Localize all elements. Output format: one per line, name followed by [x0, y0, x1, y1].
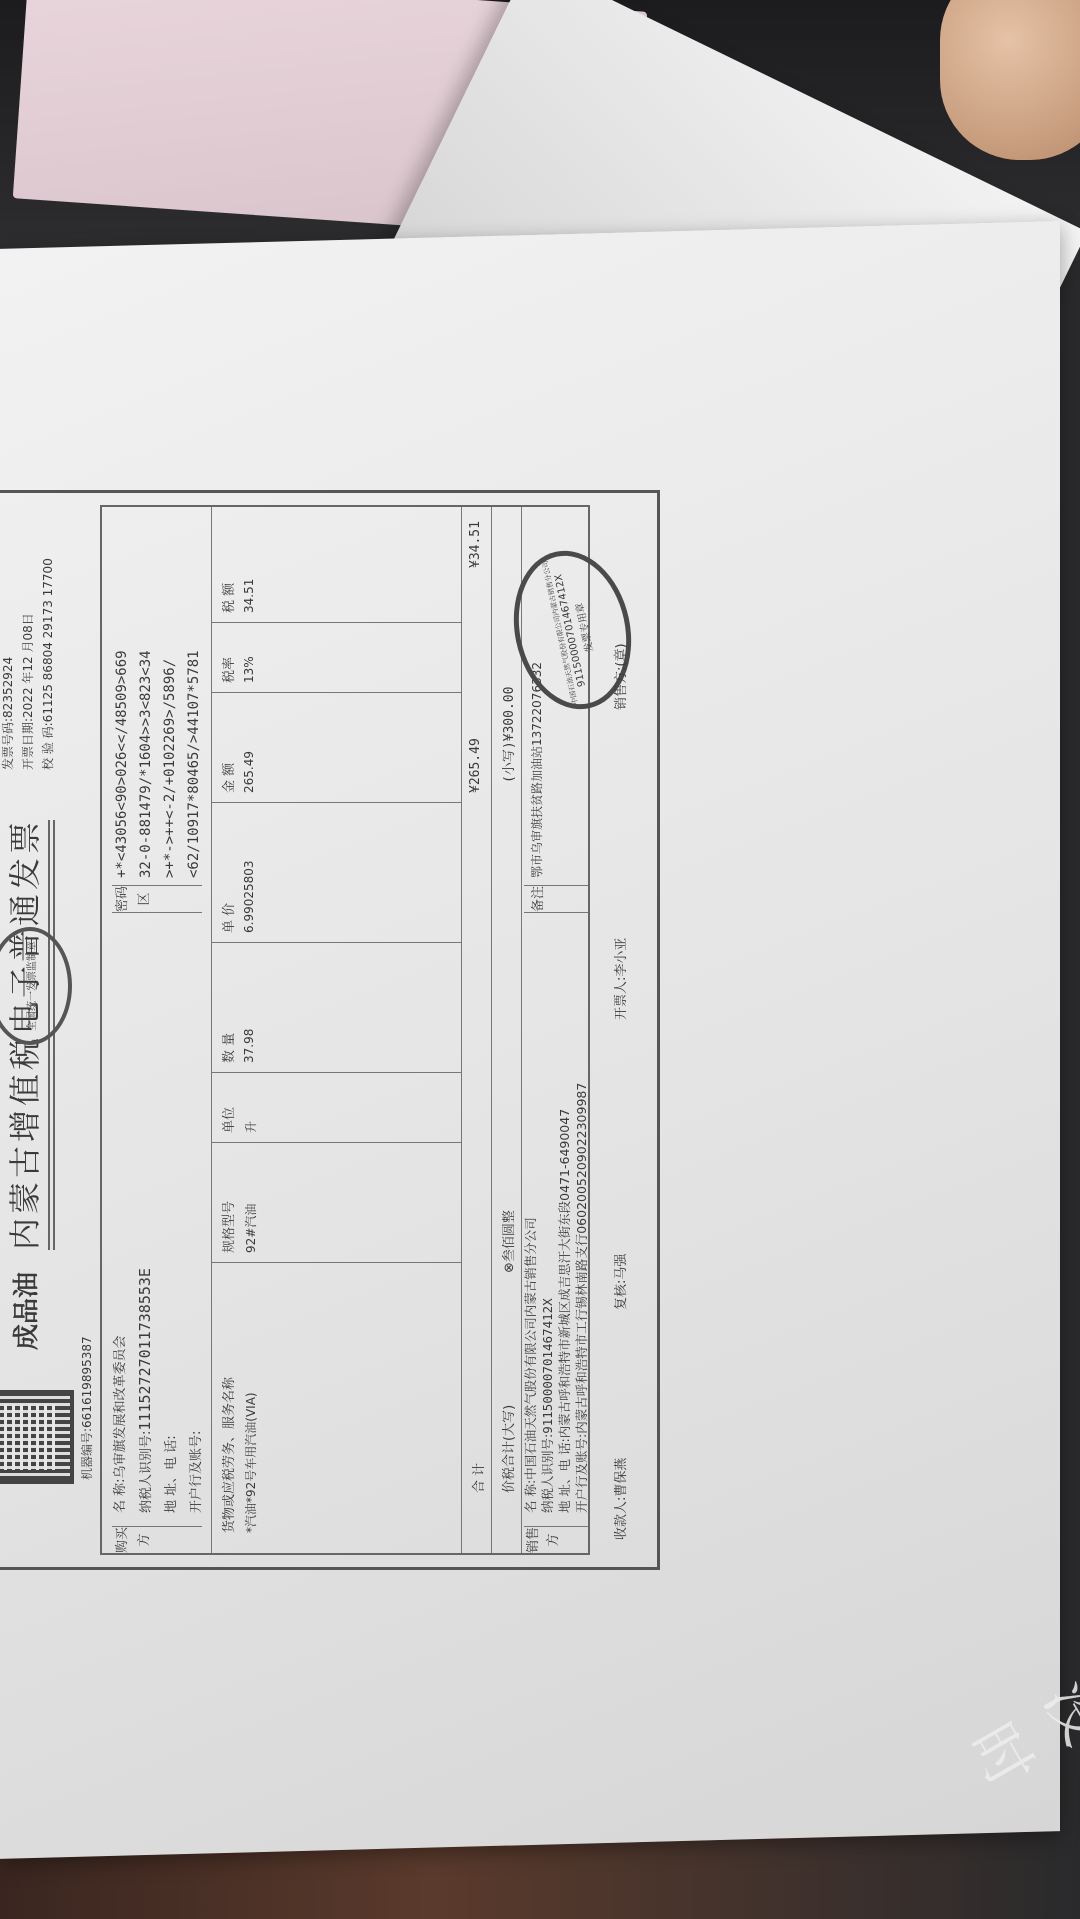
column-header: 数 量 [218, 1033, 237, 1063]
seller-name: 中国石油天然气股份有限公司内蒙古销售分公司 [523, 1217, 538, 1480]
seller-stamp-label: 销售方:(章) [610, 643, 629, 710]
remark-label: 备注 [524, 885, 588, 913]
item-price: 6.99025803 [242, 860, 256, 933]
cipher-line: >+*->++<-2/+0102269>/5896/ [158, 650, 182, 878]
buyer-name: 乌审旗发展和改革委员会 [113, 1335, 128, 1478]
column-divider [212, 802, 461, 803]
column-header: 金 额 [218, 763, 237, 793]
column-header: 税率 [218, 657, 237, 683]
cipher-area: +*<43056<90>026<</48509>66932-0-881479/*… [110, 650, 206, 878]
grand-total-small: (小写)¥300.00 [498, 687, 517, 783]
reviewer: 复核:马强 [610, 1254, 629, 1310]
item-spec: 92#汽油 [242, 1204, 259, 1253]
column-header: 单位 [218, 1107, 237, 1133]
column-header: 单 价 [218, 903, 237, 933]
total-tax: ¥34.51 [468, 521, 483, 568]
cipher-line: <62/10917*80465/>44107*5781 [182, 650, 206, 878]
invoice: 成品油 内蒙古增值税电子普通发票 全国统一发票监制章 发票代码:01500210… [0, 490, 660, 1570]
column-divider [212, 1262, 461, 1263]
grand-total-row: 价税合计(大写) ⊗叁佰圆整 (小写)¥300.00 [492, 507, 522, 1553]
seller-bank: 内蒙古呼和浩特市工行锡林南路支行0602005209022309987 [574, 1083, 589, 1434]
issuer: 开票人:李小亚 [610, 938, 629, 1020]
column-header: 规格型号 [218, 1201, 237, 1253]
item-rate: 13% [242, 656, 256, 683]
buyer-tax-id: 11152727011738553E [136, 1268, 154, 1431]
remark: 鄂市乌审旗扶贫路加油站13722076332 [528, 662, 545, 878]
item-qty: 37.98 [242, 1029, 256, 1063]
column-divider [212, 1072, 461, 1073]
column-divider [212, 942, 461, 943]
payee: 收款人:曹保燕 [610, 1458, 629, 1540]
tax-supervision-stamp: 全国统一发票监制章 [0, 927, 72, 1045]
buyer-side-label: 购买方 [112, 1526, 202, 1553]
invoice-meta: 发票代码:015002100111 发票号码:82352924 开票日期:202… [0, 558, 58, 770]
issue-date: 开票日期:2022 年12 月08日 [18, 558, 38, 770]
grand-total-words: ⊗叁佰圆整 [498, 1210, 517, 1273]
item-amount: 265.49 [242, 751, 256, 793]
invoice-category: 成品油 [6, 1272, 43, 1350]
invoice-number: 发票号码:82352924 [0, 558, 18, 770]
column-divider [212, 622, 461, 623]
qr-code-icon [0, 1394, 70, 1480]
seller-tax-id: 91150000701467412X [540, 1298, 555, 1433]
invoice-header: 成品油 内蒙古增值税电子普通发票 全国统一发票监制章 发票代码:01500210… [0, 490, 80, 1570]
column-header: 税 额 [218, 583, 237, 613]
machine-number: 机器编号:661619895387 [78, 1336, 95, 1480]
column-header: 货物或应税劳务、服务名称 [218, 1377, 237, 1533]
cipher-line: +*<43056<90>026<</48509>669 [110, 650, 134, 878]
seller-address: 内蒙古呼和浩特市新城区成吉思汗大街东段0471-6490047 [557, 1109, 572, 1439]
column-divider [212, 692, 461, 693]
items-section: 货物或应税劳务、服务名称规格型号单位数 量单 价金 额税率税 额*汽油*92号车… [212, 507, 462, 1553]
seller-side-label: 销售方 [524, 1526, 588, 1553]
item-name: *汽油*92号车用汽油(VIA) [242, 1392, 259, 1533]
item-tax: 34.51 [242, 579, 256, 613]
invoice-table: 购买方 名 称:乌审旗发展和改革委员会 纳税人识别号:1115272701173… [100, 505, 590, 1555]
item-unit: 升 [242, 1121, 259, 1133]
buyer-section: 购买方 名 称:乌审旗发展和改革委员会 纳税人识别号:1115272701173… [102, 507, 212, 1553]
buyer-info: 名 称:乌审旗发展和改革委员会 纳税人识别号:11152727011738553… [108, 1268, 209, 1513]
cipher-line: 32-0-881479/*1604>>3<823<34 [134, 650, 158, 878]
totals-row: 合 计 ¥265.49 ¥34.51 [462, 507, 492, 1553]
total-amount: ¥265.49 [468, 738, 483, 793]
check-code: 校 验 码:61125 86804 29173 17700 [38, 558, 58, 770]
seller-info: 名 称:中国石油天然气股份有限公司内蒙古销售分公司 纳税人识别号:9115000… [522, 1083, 590, 1513]
cipher-label: 密码区 [112, 885, 202, 913]
column-divider [212, 1142, 461, 1143]
